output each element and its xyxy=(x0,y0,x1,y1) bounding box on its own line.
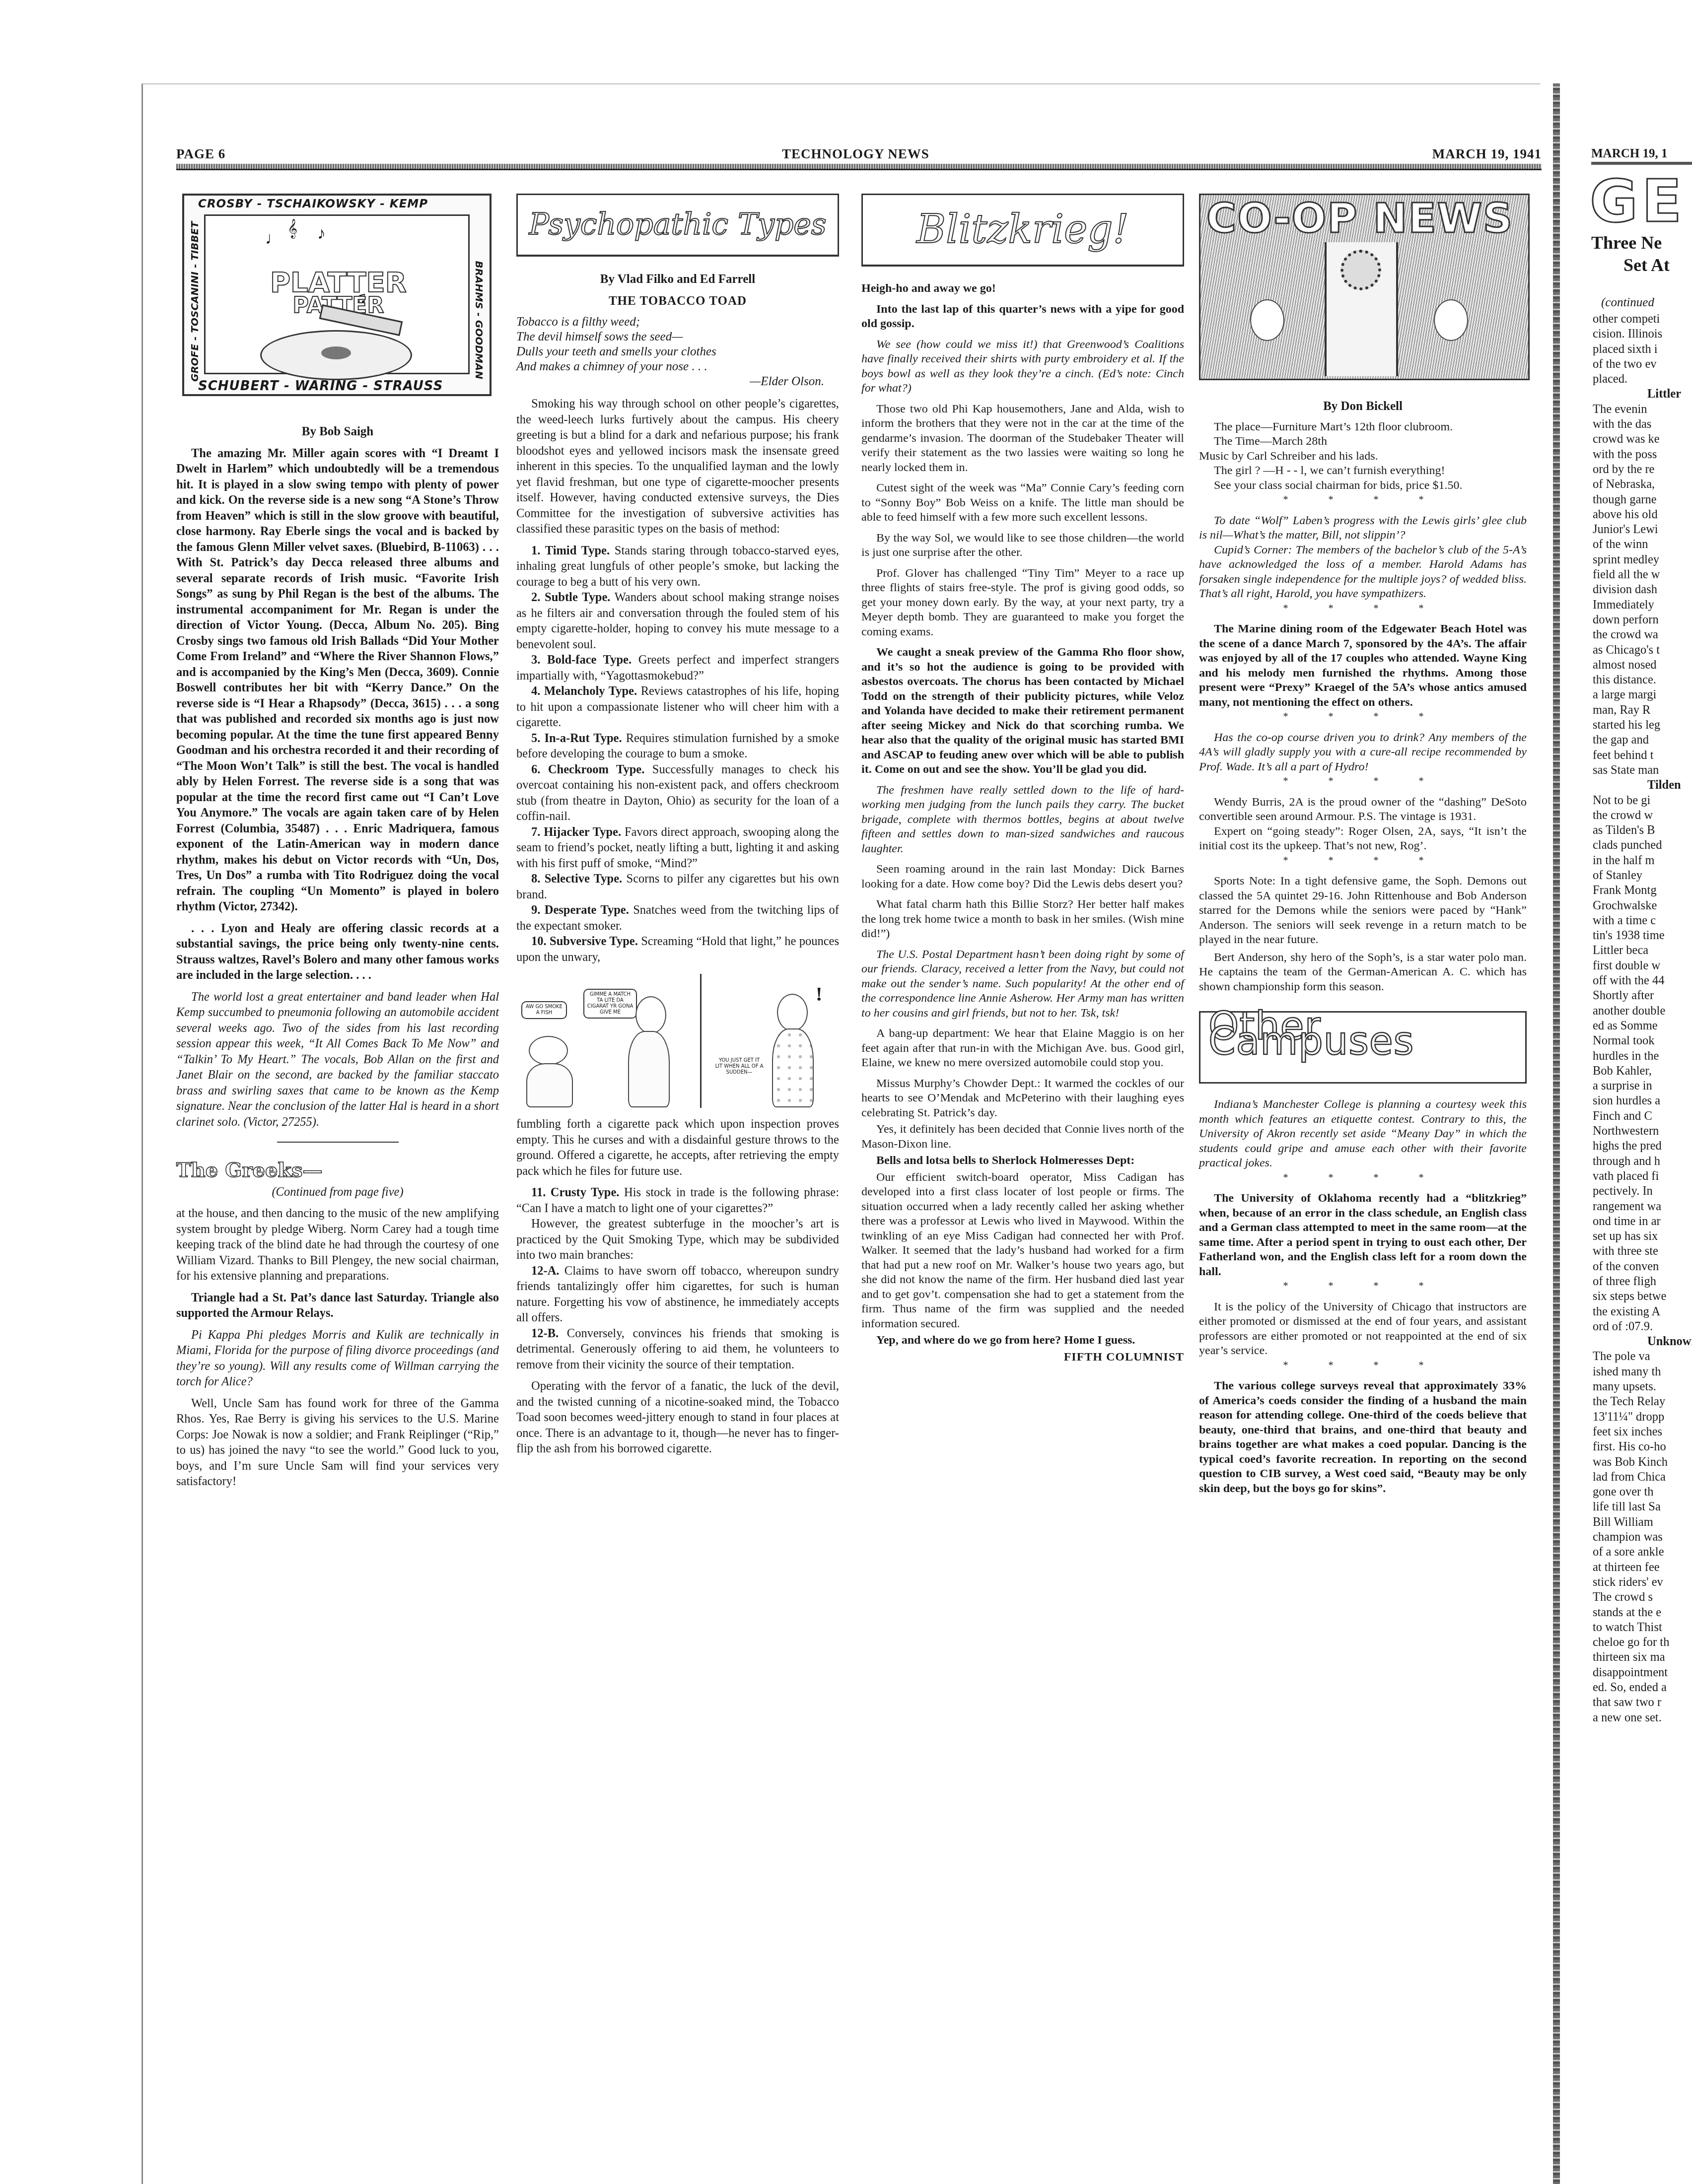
adjacent-text-line: hurdles in the xyxy=(1593,1049,1692,1064)
article-paragraph: The Time—March 28th xyxy=(1199,434,1527,449)
adjacent-text-line: 13'11¼" dropp xyxy=(1593,1410,1692,1425)
article-paragraph: Operating with the fervor of a fanatic, … xyxy=(516,1378,839,1457)
adjacent-text-line: The pole va xyxy=(1593,1349,1692,1364)
adjacent-text-line: sion hurdles a xyxy=(1593,1093,1692,1108)
adjacent-text-line: this distance. xyxy=(1593,673,1692,687)
article-paragraph: Cupid’s Corner: The members of the bache… xyxy=(1199,543,1527,602)
exclamation-icon: ! xyxy=(816,986,822,1002)
adjacent-text-line: as Chicago's t xyxy=(1593,643,1692,658)
adjacent-text-line: Finch and C xyxy=(1593,1109,1692,1124)
article-paragraph: By the way Sol, we would like to see tho… xyxy=(861,531,1184,560)
poem-line: The devil himself sows the seed— xyxy=(516,330,839,344)
speech-bubble-middle: GIMME A MATCH TA LITE DA CIGARAT YR GONA… xyxy=(583,989,637,1019)
article-paragraph: See your class social chairman for bids,… xyxy=(1199,478,1527,493)
type-item: 3. Bold-face Type. Greets perfect and im… xyxy=(516,652,839,683)
article-paragraph: Missus Murphy’s Chowder Dept.: It warmed… xyxy=(861,1077,1184,1121)
subheading: THE TOBACCO TOAD xyxy=(516,293,839,309)
adjacent-text-line: almost nosed xyxy=(1593,658,1692,673)
article-paragraph: However, the greatest subterfuge in the … xyxy=(516,1216,839,1263)
adjacent-text-line: The crowd s xyxy=(1593,1590,1692,1605)
article-paragraph: fumbling forth a cigarette pack which up… xyxy=(516,1116,839,1179)
type-item: 1. Timid Type. Stands staring through to… xyxy=(516,543,839,590)
adjacent-text-line: lad from Chica xyxy=(1593,1470,1692,1485)
adjacent-text-line: of Nebraska, xyxy=(1593,477,1692,492)
adjacent-text-line: of the winn xyxy=(1593,537,1692,552)
adjacent-text-line: ord by the re xyxy=(1593,462,1692,477)
adjacent-text-line: vath placed fi xyxy=(1593,1169,1692,1184)
article-paragraph: Yes, it definitely has been decided that… xyxy=(861,1122,1184,1152)
type-label: 9. Desperate Type. xyxy=(531,903,629,917)
adjacent-text-line: cheloe go for th xyxy=(1593,1635,1692,1650)
masthead-rule xyxy=(176,164,1542,170)
type-label: 12-A. xyxy=(531,1264,559,1278)
adjacent-text-line: field all the w xyxy=(1593,567,1692,582)
adjacent-text-line: The evenin xyxy=(1593,402,1692,417)
article-paragraph: Pi Kappa Phi pledges Morris and Kulik ar… xyxy=(176,1327,499,1390)
adjacent-text-line: Unknown xyxy=(1593,1334,1692,1349)
other-campuses-heading-box: Other Campuses xyxy=(1199,1011,1527,1084)
music-note-icon: ♩ xyxy=(265,231,282,247)
article-paragraph: We caught a sneak preview of the Gamma R… xyxy=(861,645,1184,777)
boy-figure xyxy=(526,1063,573,1107)
adjacent-text-line: gone over th xyxy=(1593,1485,1692,1500)
section-divider xyxy=(277,1142,399,1143)
article-paragraph: A bang-up department: We hear that Elain… xyxy=(861,1026,1184,1071)
adjacent-text-line: Tilden xyxy=(1593,778,1692,793)
adjacent-text-line: a surprise in xyxy=(1593,1079,1692,1093)
article-paragraph: The girl ? —H - - l, we can’t furnish ev… xyxy=(1199,464,1527,478)
worker-head-right xyxy=(1434,299,1468,341)
adjacent-text-line: ed as Somme xyxy=(1593,1019,1692,1033)
article-paragraph: Prof. Glover has challenged “Tiny Tim” M… xyxy=(861,566,1184,640)
adjacent-text-line: feet behind t xyxy=(1593,748,1692,763)
type-label: 4. Melancholy Type. xyxy=(531,684,637,698)
adjacent-subhead: Three Ne xyxy=(1591,232,1662,253)
adjacent-text-line: a new one set. xyxy=(1593,1710,1692,1725)
column-coop-news: CO-OP NEWS By Don Bickell The place—Furn… xyxy=(1199,194,1527,1502)
article-paragraph: Indiana’s Manchester College is planning… xyxy=(1199,1097,1527,1171)
panel-divider xyxy=(700,974,702,1108)
adjacent-text-line: sas State man xyxy=(1593,763,1692,778)
column-heading: Blitzkrieg! xyxy=(916,206,1128,252)
column-heading: Psychopathic Types xyxy=(529,207,826,242)
article-paragraph: The amazing Mr. Miller again scores with… xyxy=(176,446,499,915)
article-paragraph: Heigh-ho and away we go! xyxy=(861,281,1184,296)
adjacent-text-line: Frank Montg xyxy=(1593,883,1692,898)
adjacent-text-line: first. His co-ho xyxy=(1593,1439,1692,1454)
art-edge-bottom: SCHUBERT - WARING - STRAUSS xyxy=(198,379,480,395)
page-fold-edge xyxy=(1553,83,1560,2184)
article-paragraph: The Marine dining room of the Edgewater … xyxy=(1199,622,1527,710)
adjacent-text-line: first double w xyxy=(1593,958,1692,973)
art-edge-top: CROSBY - TSCHAIKOWSKY - KEMP xyxy=(198,197,480,212)
article-paragraph: Has the co-op course driven you to drink… xyxy=(1199,731,1527,775)
article-paragraph: Triangle had a St. Pat’s dance last Satu… xyxy=(176,1290,499,1321)
adjacent-headline: GE xyxy=(1590,167,1686,235)
scan-margin-top xyxy=(0,0,1692,83)
type-item: 10. Subversive Type. Screaming “Hold tha… xyxy=(516,934,839,965)
adjacent-text-line: Junior's Lewi xyxy=(1593,522,1692,537)
record-disc-icon xyxy=(260,330,412,380)
adjacent-text-line: of Stanley xyxy=(1593,868,1692,883)
adjacent-text-line: Northwestern xyxy=(1593,1124,1692,1139)
type-item: 7. Hijacker Type. Favors direct approach… xyxy=(516,824,839,872)
adjacent-text-line: to watch Thist xyxy=(1593,1620,1692,1635)
type-item: 12-B. Conversely, convinces his friends … xyxy=(516,1326,839,1373)
adjacent-rule xyxy=(1591,162,1692,165)
treble-clef-icon: 𝄞 xyxy=(287,221,297,237)
music-note-icon: ♪ xyxy=(317,226,326,242)
platter-patter-art: CROSBY - TSCHAIKOWSKY - KEMP GROFE - TOS… xyxy=(182,194,492,396)
type-label: 10. Subversive Type. xyxy=(531,935,638,948)
adjacent-text-line: through and h xyxy=(1593,1154,1692,1169)
adjacent-text-line: thirteen six ma xyxy=(1593,1650,1692,1665)
section-stars: * * * * xyxy=(1199,1171,1527,1186)
article-paragraph: Music by Carl Schreiber and his lads. xyxy=(1199,449,1527,464)
section-stars: * * * * xyxy=(1199,1359,1527,1373)
adjacent-text-line: Grochwalske xyxy=(1593,898,1692,913)
adjacent-page-fragment: MARCH 19, 1 GE Three Ne Set At (continue… xyxy=(1564,83,1692,2184)
adjacent-text-line: Not to be gi xyxy=(1593,793,1692,808)
adjacent-text-line: Immediately xyxy=(1593,598,1692,613)
adjacent-text-line: above his old xyxy=(1593,507,1692,522)
adjacent-text-line: though garne xyxy=(1593,492,1692,507)
type-label: 8. Selective Type. xyxy=(531,872,622,886)
article-paragraph: The University of Oklahoma recently had … xyxy=(1199,1191,1527,1279)
page-number: PAGE 6 xyxy=(176,146,225,162)
adjacent-subhead: Set At xyxy=(1623,255,1670,275)
issue-date: MARCH 19, 1941 xyxy=(1432,146,1542,162)
type-label: 7. Hijacker Type. xyxy=(531,825,621,839)
article-paragraph: at the house, and then dancing to the mu… xyxy=(176,1206,499,1284)
section-stars: * * * * xyxy=(1199,602,1527,616)
worker-head-left xyxy=(1250,299,1284,341)
section-stars: * * * * xyxy=(1199,854,1527,869)
adjacent-text-line: Littler xyxy=(1593,387,1692,402)
type-item: 11. Crusty Type. His stock in trade is t… xyxy=(516,1185,839,1216)
adjacent-text-line: that saw two r xyxy=(1593,1695,1692,1710)
poem-line: Dulls your teeth and smells your clothes xyxy=(516,344,839,359)
adjacent-text-line: of the two ev xyxy=(1593,357,1692,372)
type-item: 6. Checkroom Type. Successfully manages … xyxy=(516,762,839,824)
adjacent-text-line: cision. Illinois xyxy=(1593,327,1692,341)
column-blitzkrieg: Blitzkrieg! Heigh-ho and away we go! Int… xyxy=(861,194,1184,1370)
boy-head xyxy=(529,1036,568,1065)
adjacent-text-line: the existing A xyxy=(1593,1304,1692,1319)
section-heading: The Greeks— xyxy=(176,1162,499,1178)
column-psychopathic-types: Psychopathic Types By Vlad Filko and Ed … xyxy=(516,194,839,1463)
adjacent-text-line: off with the 44 xyxy=(1593,973,1692,988)
adjacent-text-line: tin's 1938 time xyxy=(1593,928,1692,943)
type-text: Claims to have sworn off tobacco, whereu… xyxy=(516,1264,839,1325)
type-item: 12-A. Claims to have sworn off tobacco, … xyxy=(516,1263,839,1326)
poem-line: Tobacco is a filthy weed; xyxy=(516,315,839,330)
art-title-line1: PLATTER xyxy=(270,272,407,294)
article-paragraph: Bells and lotsa bells to Sherlock Holmer… xyxy=(861,1154,1184,1168)
type-label: 6. Checkroom Type. xyxy=(531,763,644,776)
section-stars: * * * * xyxy=(1199,774,1527,789)
adjacent-text-line: many upsets. xyxy=(1593,1379,1692,1394)
adjacent-text-line: disappointment xyxy=(1593,1665,1692,1680)
byline: By Vlad Filko and Ed Farrell xyxy=(516,272,839,287)
type-label: 1. Timid Type. xyxy=(531,544,610,557)
article-paragraph: The various college surveys reveal that … xyxy=(1199,1379,1527,1496)
article-paragraph: Bert Anderson, shy hero of the Soph’s, i… xyxy=(1199,951,1527,995)
smoker-head xyxy=(777,994,808,1031)
gear-icon xyxy=(1340,250,1381,290)
cartoon-illustration: AW GO SMOKE A FISH GIMME A MATCH TA LITE… xyxy=(516,974,834,1110)
article-paragraph: The world lost a great entertainer and b… xyxy=(176,989,499,1130)
poem-line: And makes a chimney of your nose . . . xyxy=(516,359,839,374)
poem-attribution: —Elder Olson. xyxy=(516,374,839,389)
art-edge-right: BRAHMS - GOODMAN xyxy=(471,261,487,379)
adjacent-text-line: in the half m xyxy=(1593,853,1692,868)
type-item: 9. Desperate Type. Snatches weed from th… xyxy=(516,902,839,934)
adjacent-text-column: other competicision. Illinoisplaced sixt… xyxy=(1593,312,1692,1725)
adjacent-text-line: man, Ray R xyxy=(1593,703,1692,718)
art-edge-left: GROFE - TOSCANINI - TIBBET xyxy=(187,221,203,382)
type-item: 4. Melancholy Type. Reviews catastrophes… xyxy=(516,683,839,731)
article-paragraph: It is the policy of the University of Ch… xyxy=(1199,1300,1527,1359)
signoff: FIFTH COLUMNIST xyxy=(861,1350,1184,1365)
adjacent-text-line: life till last Sa xyxy=(1593,1500,1692,1514)
adjacent-text-line: highs the pred xyxy=(1593,1139,1692,1154)
article-paragraph: To date “Wolf” Laben’s progress with the… xyxy=(1199,514,1527,543)
adjacent-text-line: stands at the e xyxy=(1593,1605,1692,1620)
article-paragraph: Smoking his way through school on other … xyxy=(516,396,839,537)
article-paragraph: Expert on “going steady”: Roger Olsen, 2… xyxy=(1199,824,1527,854)
adjacent-text-line: ed. So, ended a xyxy=(1593,1680,1692,1695)
article-paragraph: Well, Uncle Sam has found work for three… xyxy=(176,1396,499,1490)
article-paragraph: Those two old Phi Kap housemothers, Jane… xyxy=(861,402,1184,476)
article-paragraph: Sports Note: In a tight defensive game, … xyxy=(1199,874,1527,948)
type-label: 12-B. xyxy=(531,1327,559,1340)
byline: By Don Bickell xyxy=(1199,399,1527,414)
adjacent-text-line: of a sore ankle xyxy=(1593,1545,1692,1560)
heading-box: Blitzkrieg! xyxy=(861,194,1184,267)
article-paragraph: Wendy Burris, 2A is the proud owner of t… xyxy=(1199,795,1527,824)
moocher-figure xyxy=(628,1031,670,1107)
adjacent-text-line: placed. xyxy=(1593,372,1692,387)
article-paragraph: Our efficient switch-board operator, Mis… xyxy=(861,1170,1184,1332)
type-item: 5. In-a-Rut Type. Requires stimulation f… xyxy=(516,731,839,762)
coop-news-art: CO-OP NEWS xyxy=(1199,194,1530,380)
adjacent-text-line: Bill William xyxy=(1593,1515,1692,1530)
adjacent-text-line: with a time c xyxy=(1593,913,1692,928)
adjacent-text-line: of the conven xyxy=(1593,1259,1692,1274)
section-stars: * * * * xyxy=(1199,493,1527,508)
adjacent-text-line: was Bob Kinch xyxy=(1593,1455,1692,1470)
adjacent-text-line: six steps betwe xyxy=(1593,1289,1692,1304)
adjacent-text-line: division dash xyxy=(1593,582,1692,597)
adjacent-text-line: sprint medley xyxy=(1593,552,1692,567)
type-text: Conversely, convinces his friends that s… xyxy=(516,1327,839,1371)
section-stars: * * * * xyxy=(1199,710,1527,725)
article-paragraph: Seen roaming around in the rain last Mon… xyxy=(861,862,1184,891)
adjacent-text-line: the crowd wa xyxy=(1593,627,1692,642)
article-paragraph: The freshmen have really settled down to… xyxy=(861,783,1184,857)
adjacent-text-line: ished many th xyxy=(1593,1365,1692,1379)
record-label xyxy=(321,346,351,359)
adjacent-text-line: at thirteen fee xyxy=(1593,1560,1692,1575)
section-stars: * * * * xyxy=(1199,1279,1527,1294)
adjacent-text-line: another double xyxy=(1593,1004,1692,1019)
adjacent-text-line: feet six inches xyxy=(1593,1425,1692,1439)
type-label: 2. Subtle Type. xyxy=(531,591,610,604)
adjacent-text-line: stick riders' ev xyxy=(1593,1575,1692,1590)
article-paragraph: Into the last lap of this quarter’s news… xyxy=(861,302,1184,332)
adjacent-text-line: pectively. In xyxy=(1593,1184,1692,1199)
article-paragraph: We see (how could we miss it!) that Gree… xyxy=(861,338,1184,396)
column-platter-patter: CROSBY - TSCHAIKOWSKY - KEMP GROFE - TOS… xyxy=(176,194,499,1496)
adjacent-text-line: Normal took xyxy=(1593,1033,1692,1048)
adjacent-text-line: Shortly after xyxy=(1593,988,1692,1003)
adjacent-text-line: rangement wa xyxy=(1593,1199,1692,1214)
article-paragraph: . . . Lyon and Healy are offering classi… xyxy=(176,921,499,983)
adjacent-text-line: the Tech Relay xyxy=(1593,1394,1692,1409)
section-heading: Other Campuses xyxy=(1208,1020,1525,1049)
caption-right: YOU JUST GET IT LIT WHEN ALL OF A SUDDEN… xyxy=(712,1056,766,1078)
adjacent-text-line: Bob Kahler, xyxy=(1593,1064,1692,1079)
article-paragraph: What fatal charm hath this Billie Storz?… xyxy=(861,897,1184,942)
adjacent-text-line: of three fligh xyxy=(1593,1274,1692,1289)
speech-bubble-left: AW GO SMOKE A FISH xyxy=(521,1001,567,1019)
adjacent-text-line: ond time in ar xyxy=(1593,1214,1692,1229)
adjacent-text-line: as Tilden's B xyxy=(1593,823,1692,838)
byline: By Bob Saigh xyxy=(176,424,499,440)
adjacent-text-line: with the das xyxy=(1593,417,1692,432)
article-paragraph: Yep, and where do we go from here? Home … xyxy=(861,1333,1184,1348)
type-label: 11. Crusty Type. xyxy=(531,1186,619,1199)
type-label: 5. In-a-Rut Type. xyxy=(531,732,622,745)
adjacent-text-line: set up has six xyxy=(1593,1229,1692,1244)
smoker-figure xyxy=(772,1028,814,1107)
adjacent-text-line: champion was xyxy=(1593,1530,1692,1545)
article-paragraph: The place—Furniture Mart’s 12th floor cl… xyxy=(1199,420,1527,435)
adjacent-text-line: clads punched xyxy=(1593,838,1692,853)
heading-box: Psychopathic Types xyxy=(516,194,839,257)
adjacent-text-line: Littler beca xyxy=(1593,943,1692,958)
paper-name: TECHNOLOGY NEWS xyxy=(782,146,929,162)
adjacent-text-line: a large margi xyxy=(1593,687,1692,702)
adjacent-text-line: with three ste xyxy=(1593,1244,1692,1259)
continued-note: (Continued from page five) xyxy=(176,1184,499,1200)
adjacent-continued: (continued xyxy=(1601,296,1654,310)
adjacent-text-line: started his leg xyxy=(1593,718,1692,733)
adjacent-text-line: with the poss xyxy=(1593,447,1692,462)
adjacent-text-line: other competi xyxy=(1593,312,1692,327)
adjacent-text-line: placed sixth i xyxy=(1593,342,1692,357)
coop-art-title: CO-OP NEWS xyxy=(1206,198,1513,240)
adjacent-text-line: ord of :07.9. xyxy=(1593,1319,1692,1334)
adjacent-text-line: crowd was ke xyxy=(1593,432,1692,447)
article-paragraph: The U.S. Postal Department hasn’t been d… xyxy=(861,948,1184,1021)
type-item: 2. Subtle Type. Wanders about school mak… xyxy=(516,590,839,652)
type-label: 3. Bold-face Type. xyxy=(531,653,632,667)
moocher-head xyxy=(635,996,666,1034)
adjacent-text-line: the gap and xyxy=(1593,733,1692,748)
type-item: 8. Selective Type. Scorns to pilfer any … xyxy=(516,871,839,902)
adjacent-text-line: the crowd w xyxy=(1593,808,1692,823)
adjacent-date: MARCH 19, 1 xyxy=(1591,147,1667,161)
poem: Tobacco is a filthy weed; The devil hims… xyxy=(516,315,839,389)
article-paragraph: Cutest sight of the week was “Ma” Connie… xyxy=(861,481,1184,525)
art-inner-frame: 𝄞 ♩ ♪ ♫ PLATTER PATTER xyxy=(204,214,470,374)
adjacent-text-line: down perforn xyxy=(1593,613,1692,627)
